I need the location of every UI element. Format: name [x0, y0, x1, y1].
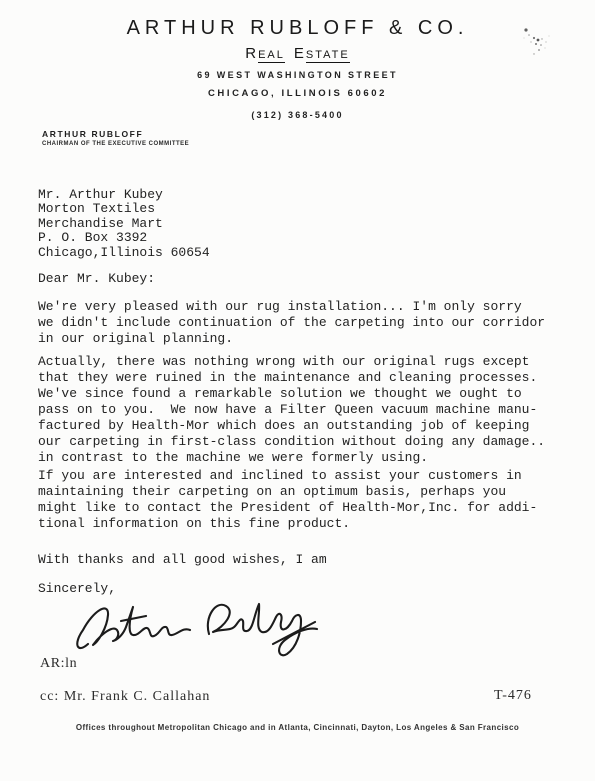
body-paragraph-3: If you are interested and inclined to as… — [38, 468, 537, 532]
letterhead-street: 69 WEST WASHINGTON STREET — [0, 70, 595, 80]
sender-block: ARTHUR RUBLOFF CHAIRMAN OF THE EXECUTIVE… — [42, 129, 189, 147]
letterhead-phone: (312) 368-5400 — [0, 110, 595, 120]
closing-line: With thanks and all good wishes, I am — [38, 552, 327, 568]
division-word1-initial: R — [245, 45, 258, 62]
letter-page: ARTHUR RUBLOFF & CO. REALESTATE 69 WEST … — [0, 0, 595, 781]
recipient-address: Mr. Arthur Kubey Morton Textiles Merchan… — [38, 188, 210, 260]
reference-number: T-476 — [494, 688, 532, 704]
sender-title: CHAIRMAN OF THE EXECUTIVE COMMITTEE — [42, 141, 189, 147]
body-paragraph-1: We're very pleased with our rug installa… — [38, 299, 545, 347]
company-name: ARTHUR RUBLOFF & CO. — [0, 17, 595, 40]
division-word2-initial: E — [294, 45, 306, 62]
salutation: Dear Mr. Kubey: — [38, 271, 155, 287]
body-paragraph-2: Actually, there was nothing wrong with o… — [38, 354, 545, 466]
division-word2-rest: STATE — [306, 49, 350, 63]
typist-initials: AR:ln — [40, 656, 77, 672]
division-word1-rest: EAL — [258, 49, 285, 63]
division-line: REALESTATE — [0, 45, 595, 63]
scan-smudge-artifact — [512, 18, 562, 64]
sender-name: ARTHUR RUBLOFF — [42, 129, 189, 139]
footer-offices-line: Offices throughout Metropolitan Chicago … — [0, 723, 595, 732]
letterhead-city: CHICAGO, ILLINOIS 60602 — [0, 88, 595, 99]
signature — [72, 594, 332, 662]
cc-line: cc: Mr. Frank C. Callahan — [40, 689, 210, 705]
